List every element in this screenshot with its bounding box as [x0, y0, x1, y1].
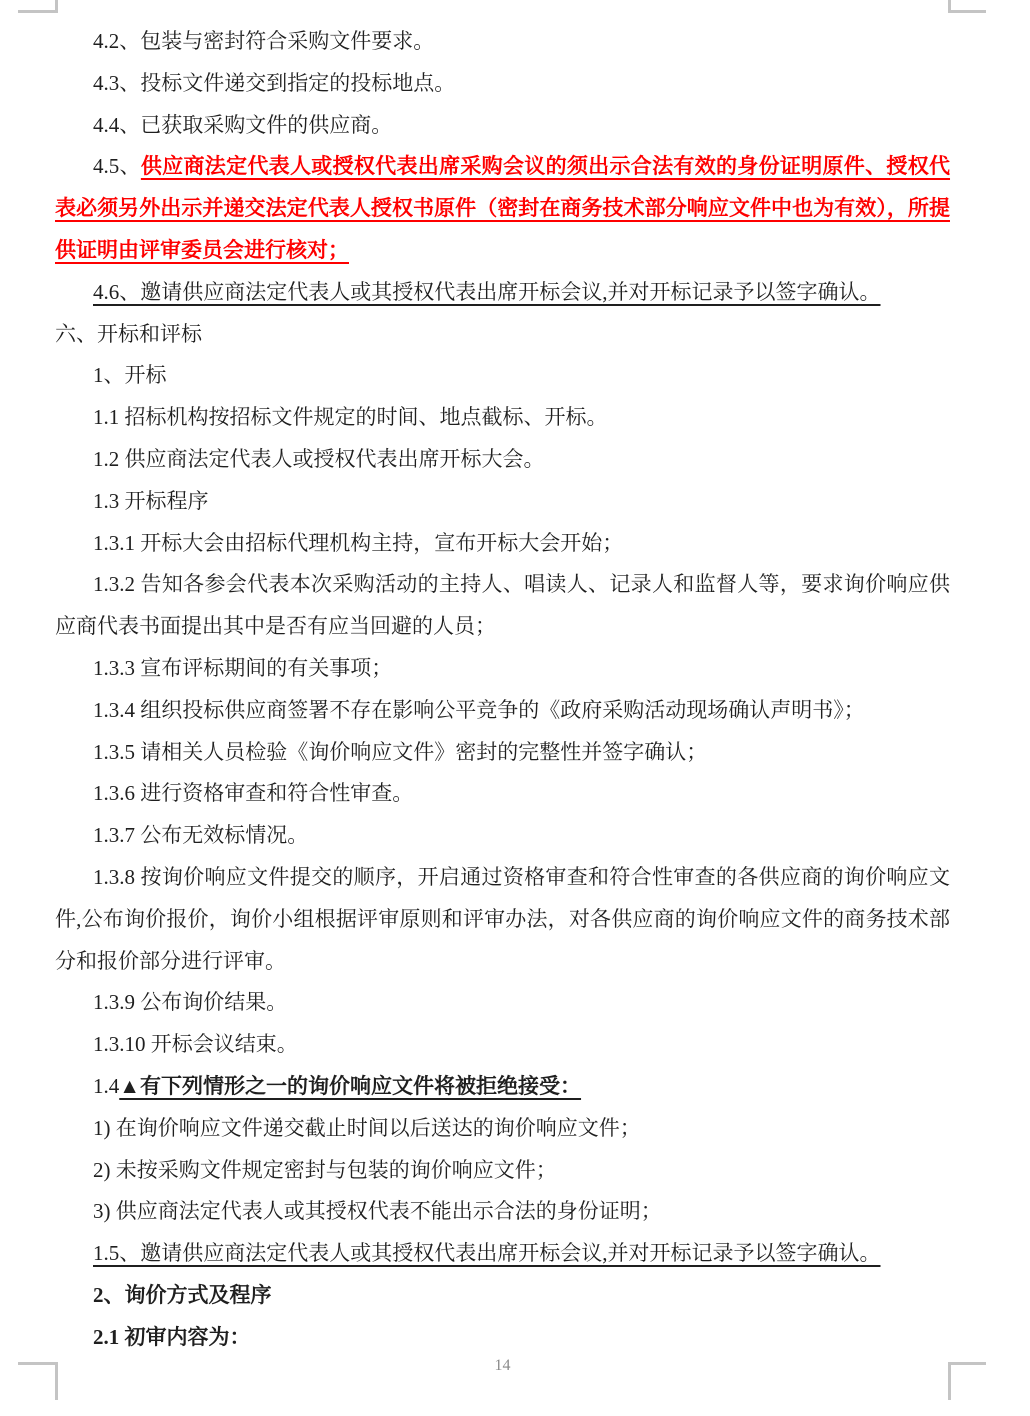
document-page: 4.2、包装与密封符合采购文件要求。 4.3、投标文件递交到指定的投标地点。 4…	[0, 0, 1030, 1416]
clause-1-3-10: 1.3.10 开标会议结束。	[55, 1024, 950, 1066]
crop-mark-top-right	[948, 0, 986, 13]
clause-text: 1.3.7 公布无效标情况。	[93, 823, 308, 847]
clause-number: 1.4	[93, 1074, 119, 1098]
clause-text-highlighted: 供应商法定代表人或授权代表出席采购会议的须出示合法有效的身份证明原件、授权代表必…	[55, 154, 950, 262]
clause-1-3-2: 1.3.2 告知各参会代表本次采购活动的主持人、唱读人、记录人和监督人等，要求询…	[55, 564, 950, 648]
clause-1-3-9: 1.3.9 公布询价结果。	[55, 982, 950, 1024]
document-body: 4.2、包装与密封符合采购文件要求。 4.3、投标文件递交到指定的投标地点。 4…	[55, 21, 950, 1359]
page-number: 14	[55, 1352, 950, 1380]
crop-mark-top-left	[18, 0, 58, 13]
crop-mark-bottom-right	[948, 1362, 986, 1400]
clause-text: 2.1 初审内容为：	[93, 1325, 251, 1349]
crop-mark-bottom-left	[18, 1362, 58, 1400]
clause-text: 1.3.2 告知各参会代表本次采购活动的主持人、唱读人、记录人和监督人等，要求询…	[55, 572, 950, 638]
clause-text: 1.3.8 按询价响应文件提交的顺序，开启通过资格审查和符合性审查的各供应商的询…	[55, 865, 950, 973]
clause-text: 4.4、已获取采购文件的供应商。	[93, 113, 392, 137]
reject-item-3: 3) 供应商法定代表人或其授权代表不能出示合法的身份证明；	[55, 1191, 950, 1233]
clause-text: 1、开标	[93, 363, 167, 387]
clause-4-4: 4.4、已获取采购文件的供应商。	[55, 105, 950, 147]
clause-1-3-1: 1.3.1 开标大会由招标代理机构主持，宣布开标大会开始；	[55, 523, 950, 565]
clause-text: 1.3.9 公布询价结果。	[93, 990, 287, 1014]
section-heading-2: 2、询价方式及程序	[55, 1275, 950, 1317]
list-item-text: 1) 在询价响应文件递交截止时间以后送达的询价响应文件；	[93, 1116, 641, 1140]
clause-text: 1.1 招标机构按招标文件规定的时间、地点截标、开标。	[93, 405, 608, 429]
clause-1: 1、开标	[55, 355, 950, 397]
clause-1-5: 1.5、邀请供应商法定代表人或其授权代表出席开标会议,并对开标记录予以签字确认。	[55, 1233, 950, 1275]
clause-1-3-3: 1.3.3 宣布评标期间的有关事项；	[55, 648, 950, 690]
clause-text: 1.5、邀请供应商法定代表人或其授权代表出席开标会议,并对开标记录予以签字确认。	[93, 1241, 881, 1265]
clause-1-2: 1.2 供应商法定代表人或授权代表出席开标大会。	[55, 439, 950, 481]
clause-4-3: 4.3、投标文件递交到指定的投标地点。	[55, 63, 950, 105]
clause-text: 1.3.1 开标大会由招标代理机构主持，宣布开标大会开始；	[93, 531, 623, 555]
list-item-text: 3) 供应商法定代表人或其授权代表不能出示合法的身份证明；	[93, 1199, 662, 1223]
clause-1-3-5: 1.3.5 请相关人员检验《询价响应文件》密封的完整性并签字确认；	[55, 732, 950, 774]
clause-1-3-4: 1.3.4 组织投标供应商签署不存在影响公平竞争的《政府采购活动现场确认声明书》…	[55, 690, 950, 732]
clause-text: 4.2、包装与密封符合采购文件要求。	[93, 29, 434, 53]
clause-4-2: 4.2、包装与密封符合采购文件要求。	[55, 21, 950, 63]
clause-text: 1.3.4 组织投标供应商签署不存在影响公平竞争的《政府采购活动现场确认声明书》…	[93, 698, 865, 722]
clause-1-3-6: 1.3.6 进行资格审查和符合性审查。	[55, 773, 950, 815]
reject-item-2: 2) 未按采购文件规定密封与包装的询价响应文件；	[55, 1150, 950, 1192]
clause-text: 1.3.5 请相关人员检验《询价响应文件》密封的完整性并签字确认；	[93, 740, 707, 764]
heading-text: 2、询价方式及程序	[93, 1283, 272, 1307]
clause-1-1: 1.1 招标机构按招标文件规定的时间、地点截标、开标。	[55, 397, 950, 439]
clause-4-5: 4.5、供应商法定代表人或授权代表出席采购会议的须出示合法有效的身份证明原件、授…	[55, 146, 950, 271]
clause-text: 1.3.6 进行资格审查和符合性审查。	[93, 781, 413, 805]
heading-text: 六、开标和评标	[55, 322, 202, 346]
clause-text: 1.3 开标程序	[93, 489, 209, 513]
reject-item-1: 1) 在询价响应文件递交截止时间以后送达的询价响应文件；	[55, 1108, 950, 1150]
clause-text: 1.3.10 开标会议结束。	[93, 1032, 298, 1056]
clause-1-3-7: 1.3.7 公布无效标情况。	[55, 815, 950, 857]
clause-number: 4.5、	[93, 154, 141, 178]
list-item-text: 2) 未按采购文件规定密封与包装的询价响应文件；	[93, 1158, 557, 1182]
clause-1-3: 1.3 开标程序	[55, 481, 950, 523]
clause-text: 4.3、投标文件递交到指定的投标地点。	[93, 71, 455, 95]
clause-1-4: 1.4▲有下列情形之一的询价响应文件将被拒绝接受：	[55, 1066, 950, 1108]
clause-4-6: 4.6、邀请供应商法定代表人或其授权代表出席开标会议,并对开标记录予以签字确认。	[55, 272, 950, 314]
section-heading-6: 六、开标和评标	[55, 314, 950, 356]
clause-1-3-8: 1.3.8 按询价响应文件提交的顺序，开启通过资格审查和符合性审查的各供应商的询…	[55, 857, 950, 982]
clause-text: 4.6、邀请供应商法定代表人或其授权代表出席开标会议,并对开标记录予以签字确认。	[93, 280, 881, 304]
clause-text: 1.2 供应商法定代表人或授权代表出席开标大会。	[93, 447, 545, 471]
clause-text: 1.3.3 宣布评标期间的有关事项；	[93, 656, 392, 680]
clause-text-emphasized: ▲有下列情形之一的询价响应文件将被拒绝接受：	[119, 1074, 581, 1098]
